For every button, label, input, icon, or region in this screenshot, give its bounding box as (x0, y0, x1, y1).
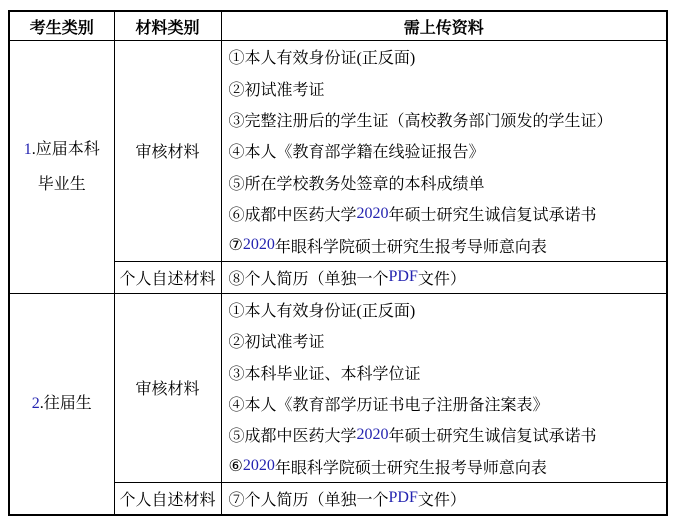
page: 考生类别 材料类别 需上传资料 1.应届本科 毕业生 审核材料 ①本人有效身份证… (0, 0, 680, 526)
material-type-cell-review: 审核材料 (114, 293, 221, 482)
row-fresh-graduates-review: 1.应届本科 毕业生 审核材料 ①本人有效身份证(正反面) ②初试准考证 ③完整… (9, 41, 667, 262)
item-line: ③本科毕业证、本科学位证 (222, 357, 667, 388)
item-line: ①本人有效身份证(正反面) (222, 41, 667, 72)
category-cell-fresh-graduates: 1.应届本科 毕业生 (9, 41, 114, 294)
header-upload-materials: 需上传资料 (221, 11, 667, 41)
item-line: ④本人《教育部学历证书电子注册备注案表》 (222, 388, 667, 419)
item-line: ②初试准考证 (222, 72, 667, 103)
item-line: ⑤成都中医药大学 2020 年硕士研究生诚信复试承诺书 (222, 419, 667, 450)
item-line: ⑥成都中医药大学 2020 年硕士研究生诚信复试承诺书 (222, 198, 667, 229)
upload-materials-table: 考生类别 材料类别 需上传资料 1.应届本科 毕业生 审核材料 ①本人有效身份证… (8, 10, 668, 516)
material-type-cell-review: 审核材料 (114, 41, 221, 262)
table-header-row: 考生类别 材料类别 需上传资料 (9, 11, 667, 41)
item-line: ①本人有效身份证(正反面) (222, 294, 667, 325)
items-cell-previous-personal: ⑦个人简历（单独一个 PDF 文件） (221, 482, 667, 515)
item-line: ⑦2020 年眼科学院硕士研究生报考导师意向表 (222, 230, 667, 261)
items-cell-fresh-personal: ⑧个人简历（单独一个 PDF 文件） (221, 261, 667, 293)
items-cell-fresh-review: ①本人有效身份证(正反面) ②初试准考证 ③完整注册后的学生证（高校教务部门颁发… (221, 41, 667, 262)
category-cell-previous-graduates: 2.往届生 (9, 293, 114, 514)
material-type-cell-personal: 个人自述材料 (114, 482, 221, 515)
item-line: ⑤所在学校教务处签章的本科成绩单 (222, 167, 667, 198)
item-line: ⑥2020 年眼科学院硕士研究生报考导师意向表 (222, 451, 667, 482)
item-line: ⑧个人简历（单独一个 PDF 文件） (222, 262, 667, 293)
item-line: ③完整注册后的学生证（高校教务部门颁发的学生证） (222, 104, 667, 135)
material-type-cell-personal: 个人自述材料 (114, 261, 221, 293)
item-line: ⑦个人简历（单独一个 PDF 文件） (222, 483, 667, 514)
header-candidate-category: 考生类别 (9, 11, 114, 41)
item-line: ④本人《教育部学籍在线验证报告》 (222, 135, 667, 166)
header-material-category: 材料类别 (114, 11, 221, 41)
item-line: ②初试准考证 (222, 325, 667, 356)
category-line: 毕业生 (10, 167, 114, 202)
category-line: 1.应届本科 (10, 132, 114, 167)
category-line: 2.往届生 (10, 386, 114, 421)
row-previous-graduates-review: 2.往届生 审核材料 ①本人有效身份证(正反面) ②初试准考证 ③本科毕业证、本… (9, 293, 667, 482)
items-cell-previous-review: ①本人有效身份证(正反面) ②初试准考证 ③本科毕业证、本科学位证 ④本人《教育… (221, 293, 667, 482)
